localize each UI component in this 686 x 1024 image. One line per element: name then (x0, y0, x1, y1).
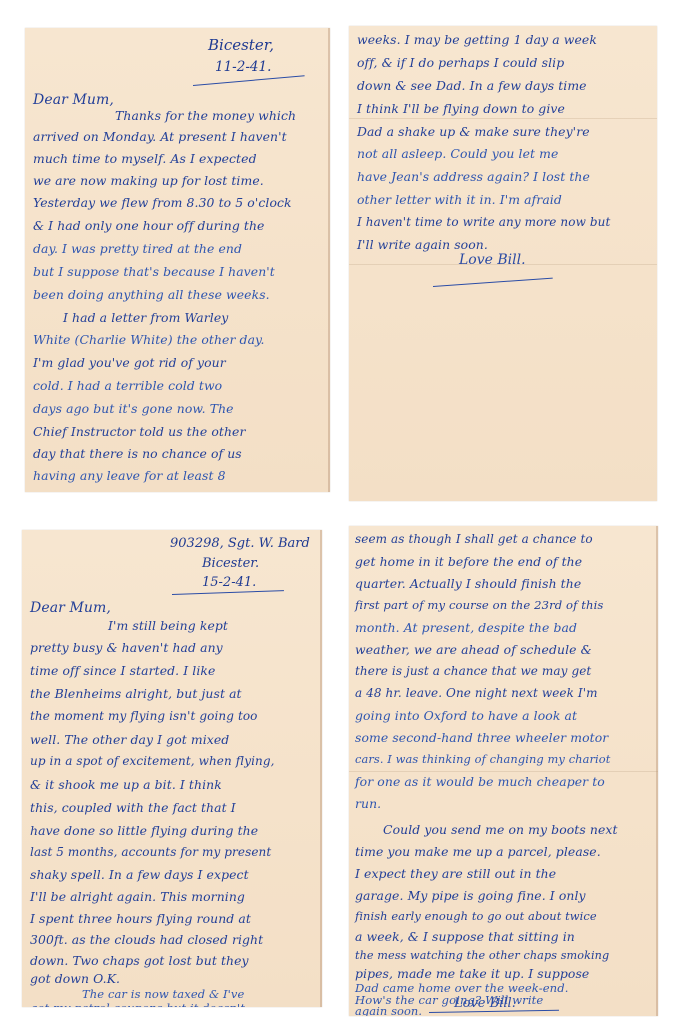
letter-line: a week, & I suppose that sitting in (355, 929, 575, 944)
letter-line: for one as it would be much cheaper to (355, 774, 605, 789)
letter-line: I'll be alright again. This morning (30, 889, 245, 904)
letter-line: 300ft. as the clouds had closed right (30, 932, 263, 947)
letter-line: quarter. Actually I should finish the (355, 576, 581, 591)
date-underline (172, 590, 284, 595)
letter-line: got my petrol coupons but it doesn't (30, 1001, 245, 1007)
letter-line: this, coupled with the fact that I (30, 800, 236, 815)
letter2-page1: 903298, Sgt. W. Bard Bicester. 15-2-41. … (22, 530, 322, 1007)
letter-line: have Jean's address again? I lost the (357, 169, 590, 184)
letter-line: got down O.K. (30, 971, 120, 986)
letter-line: Could you send me on my boots next (383, 822, 618, 837)
letter-line: I haven't time to write any more now but (357, 215, 610, 229)
letter2-place: Bicester. (202, 556, 259, 571)
letter2-page2: seem as though I shall get a chance to g… (349, 526, 658, 1016)
letter1-page1: Bicester, 11-2-41. Dear Mum, Thanks for … (25, 28, 330, 492)
letter-line: & it shook me up a bit. I think (30, 777, 222, 792)
letter-line: I'm glad you've got rid of your (33, 355, 226, 370)
letter-line: have done so little flying during the (30, 823, 258, 838)
page-fold (349, 771, 658, 772)
page-edge (320, 530, 322, 1007)
letter-line: some second-hand three wheeler motor (355, 730, 608, 745)
letter-line: I'm still being kept (108, 618, 228, 633)
letter-line: Thanks for the money which (115, 108, 296, 123)
letter-line: we are now making up for lost time. (33, 173, 264, 188)
letter-line: weather, we are ahead of schedule & (355, 642, 592, 657)
letter-line: I'll write again soon. (357, 237, 488, 252)
sender-id: 903298, Sgt. W. Bard (170, 536, 310, 551)
letter-line: first part of my course on the 23rd of t… (355, 598, 603, 612)
letter2-date: 15-2-41. (202, 575, 256, 590)
letter-line: days ago but it's gone now. The (33, 401, 234, 416)
letter-line: other letter with it in. I'm afraid (357, 192, 562, 207)
letter1-page2: weeks. I may be getting 1 day a week off… (349, 26, 657, 501)
letter-line: there is just a chance that we may get (355, 664, 591, 678)
signature-underline (429, 1010, 559, 1013)
letter1-date: 11-2-41. (215, 59, 271, 75)
letter-line: the mess watching the other chaps smokin… (355, 949, 609, 962)
letter-line: Yesterday we flew from 8.30 to 5 o'clock (33, 195, 292, 210)
salutation: Dear Mum, (33, 92, 114, 108)
letter-line: pretty busy & haven't had any (30, 640, 223, 655)
letter-line: I had a letter from Warley (63, 310, 228, 325)
letter-line: month. At present, despite the bad (355, 620, 577, 635)
letter-line: much time to myself. As I expected (33, 151, 257, 166)
signoff: Love Bill. (454, 996, 516, 1011)
letter-line: going into Oxford to have a look at (355, 708, 577, 723)
letter-line: down. Two chaps got lost but they (30, 953, 249, 968)
letter-line: down & see Dad. In a few days time (357, 78, 587, 93)
letter-line: get home in it before the end of the (355, 554, 582, 569)
signature-underline (433, 278, 553, 287)
letter-line: cars. I was thinking of changing my char… (355, 752, 610, 766)
letter-line: been doing anything all these weeks. (33, 287, 270, 302)
letter-line: up in a spot of excitement, when flying, (30, 754, 275, 768)
letter-line: finish early enough to go out about twic… (355, 909, 597, 923)
page-edge (328, 28, 330, 492)
letter-line: Dad a shake up & make sure they're (357, 124, 590, 139)
letter-line: day that there is no chance of us (33, 446, 242, 461)
letter-line: not all asleep. Could you let me (357, 146, 558, 161)
letter-line: last 5 months, accounts for my present (30, 845, 271, 859)
letter-line: I spent three hours flying round at (30, 911, 251, 926)
letter-line: The car is now taxed & I've (82, 987, 244, 1001)
letter-line: the Blenheims alright, but just at (30, 686, 242, 701)
letter-line: I expect they are still out in the (355, 866, 556, 881)
letter-line: shaky spell. In a few days I expect (30, 867, 249, 882)
letter-line: the moment my flying isn't going too (30, 709, 258, 723)
letter-line: & I had only one hour off during the (33, 218, 264, 233)
letter-line: arrived on Monday. At present I haven't (33, 129, 287, 144)
letter-line: time off since I started. I like (30, 663, 215, 678)
signoff: Love Bill. (459, 252, 526, 268)
letter1-place: Bicester, (208, 36, 274, 54)
letter-line: Chief Instructor told us the other (33, 424, 246, 439)
salutation: Dear Mum, (30, 600, 111, 616)
letter-line: White (Charlie White) the other day. (33, 332, 265, 347)
letter-line: having any leave for at least 8 (33, 468, 226, 483)
letter-line: again soon. (355, 1004, 422, 1016)
letter-line: but I suppose that's because I haven't (33, 264, 275, 279)
page-fold (349, 118, 657, 119)
letter-line: seem as though I shall get a chance to (355, 532, 593, 546)
letter-line: off, & if I do perhaps I could slip (357, 55, 564, 70)
letter-line: time you make me up a parcel, please. (355, 844, 601, 859)
letter-line: weeks. I may be getting 1 day a week (357, 32, 597, 47)
letter-line: a 48 hr. leave. One night next week I'm (355, 686, 598, 700)
letter-line: I think I'll be flying down to give (357, 101, 565, 116)
letter-line: cold. I had a terrible cold two (33, 378, 222, 393)
date-underline (193, 75, 305, 86)
letter-line: run. (355, 796, 381, 811)
letter-line: well. The other day I got mixed (30, 732, 229, 747)
letter-line: day. I was pretty tired at the end (33, 241, 242, 256)
letter-line: pipes, made me take it up. I suppose (355, 966, 589, 981)
letter-line: garage. My pipe is going fine. I only (355, 888, 586, 903)
